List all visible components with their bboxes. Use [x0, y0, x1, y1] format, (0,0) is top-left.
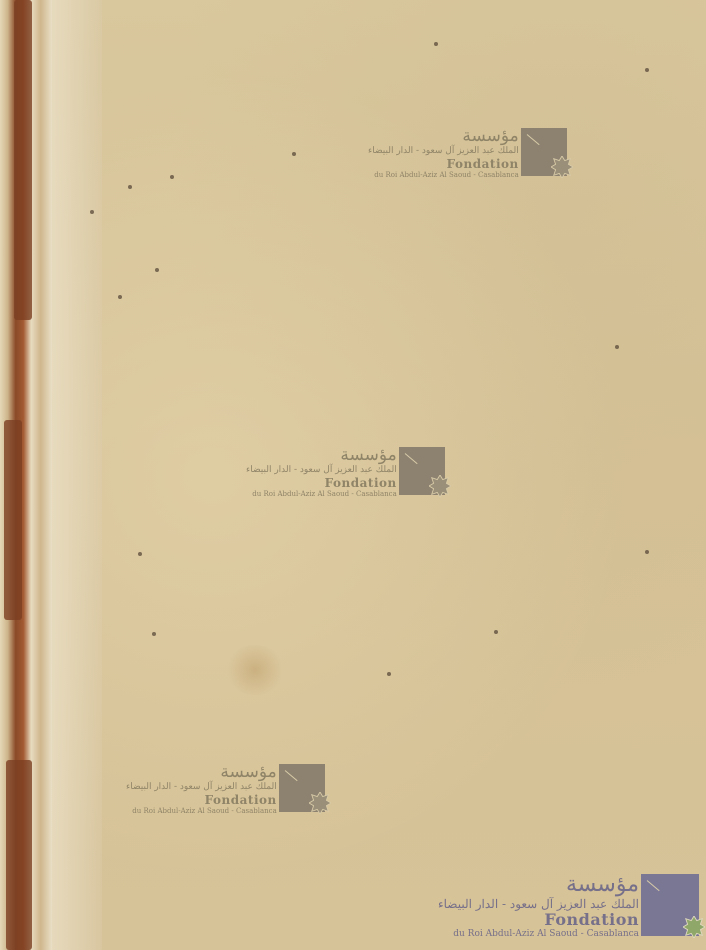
paper-spot [118, 295, 122, 299]
watermark-arabic-subtitle: الملك عبد العزيز آل سعود - الدار البيضاء [246, 466, 397, 475]
watermark-french-subtitle: du Roi Abdul-Aziz Al Saoud - Casablanca [374, 172, 518, 179]
paper-spot [615, 345, 619, 349]
watermark-arabic-title: مؤسسة [340, 447, 396, 464]
spine-damage [4, 420, 22, 620]
spine-damage [14, 0, 32, 320]
paper-spot [152, 632, 156, 636]
paper-spot [155, 268, 159, 272]
watermark-french-subtitle: du Roi Abdul-Aziz Al Saoud - Casablanca [132, 808, 276, 815]
paper-spot [645, 550, 649, 554]
paper-spot [645, 68, 649, 72]
foundation-logo-icon [279, 764, 325, 812]
watermark-french-title: Fondation [325, 477, 397, 489]
paper-spot [128, 185, 132, 189]
watermark-arabic-subtitle: الملك عبد العزيز آل سعود - الدار البيضاء [126, 783, 277, 792]
paper-stain [225, 645, 285, 695]
watermark-french-title: Fondation [205, 794, 277, 806]
foundation-logo-icon [399, 447, 445, 495]
star-icon [309, 792, 331, 814]
paper-spot [90, 210, 94, 214]
foundation-logo-icon [521, 128, 567, 176]
watermark-french-title: Fondation [447, 158, 519, 170]
watermark: مؤسسة الملك عبد العزيز آل سعود - الدار ا… [126, 764, 325, 815]
star-icon [429, 475, 451, 497]
watermark: مؤسسة الملك عبد العزيز آل سعود - الدار ا… [368, 128, 567, 179]
spine-damage [6, 760, 32, 950]
paper-spot [387, 672, 391, 676]
foundation-logo-icon [641, 874, 699, 936]
watermark-arabic-title: مؤسسة [566, 874, 639, 896]
watermark-arabic-subtitle: الملك عبد العزيز آل سعود - الدار البيضاء [368, 147, 519, 156]
watermark-arabic-title: مؤسسة [462, 128, 518, 145]
watermark-french-subtitle: du Roi Abdul-Aziz Al Saoud - Casablanca [252, 491, 396, 498]
watermark: مؤسسة الملك عبد العزيز آل سعود - الدار ا… [246, 447, 445, 498]
book-spine [0, 0, 52, 950]
paper-spot [494, 630, 498, 634]
watermark-arabic-subtitle: الملك عبد العزيز آل سعود - الدار البيضاء [438, 898, 639, 910]
paper-spot [170, 175, 174, 179]
star-icon [551, 156, 573, 178]
star-icon [683, 916, 705, 938]
watermark-arabic-title: مؤسسة [220, 764, 276, 781]
binding-tape [52, 0, 102, 950]
paper-spot [292, 152, 296, 156]
watermark-french-subtitle: du Roi Abdul-Aziz Al Saoud - Casablanca [453, 930, 639, 939]
watermark-french-title: Fondation [544, 912, 639, 928]
scanned-page: مؤسسة الملك عبد العزيز آل سعود - الدار ا… [0, 0, 706, 950]
paper-spot [434, 42, 438, 46]
paper-spot [138, 552, 142, 556]
watermark-primary: مؤسسة الملك عبد العزيز آل سعود - الدار ا… [438, 874, 699, 939]
